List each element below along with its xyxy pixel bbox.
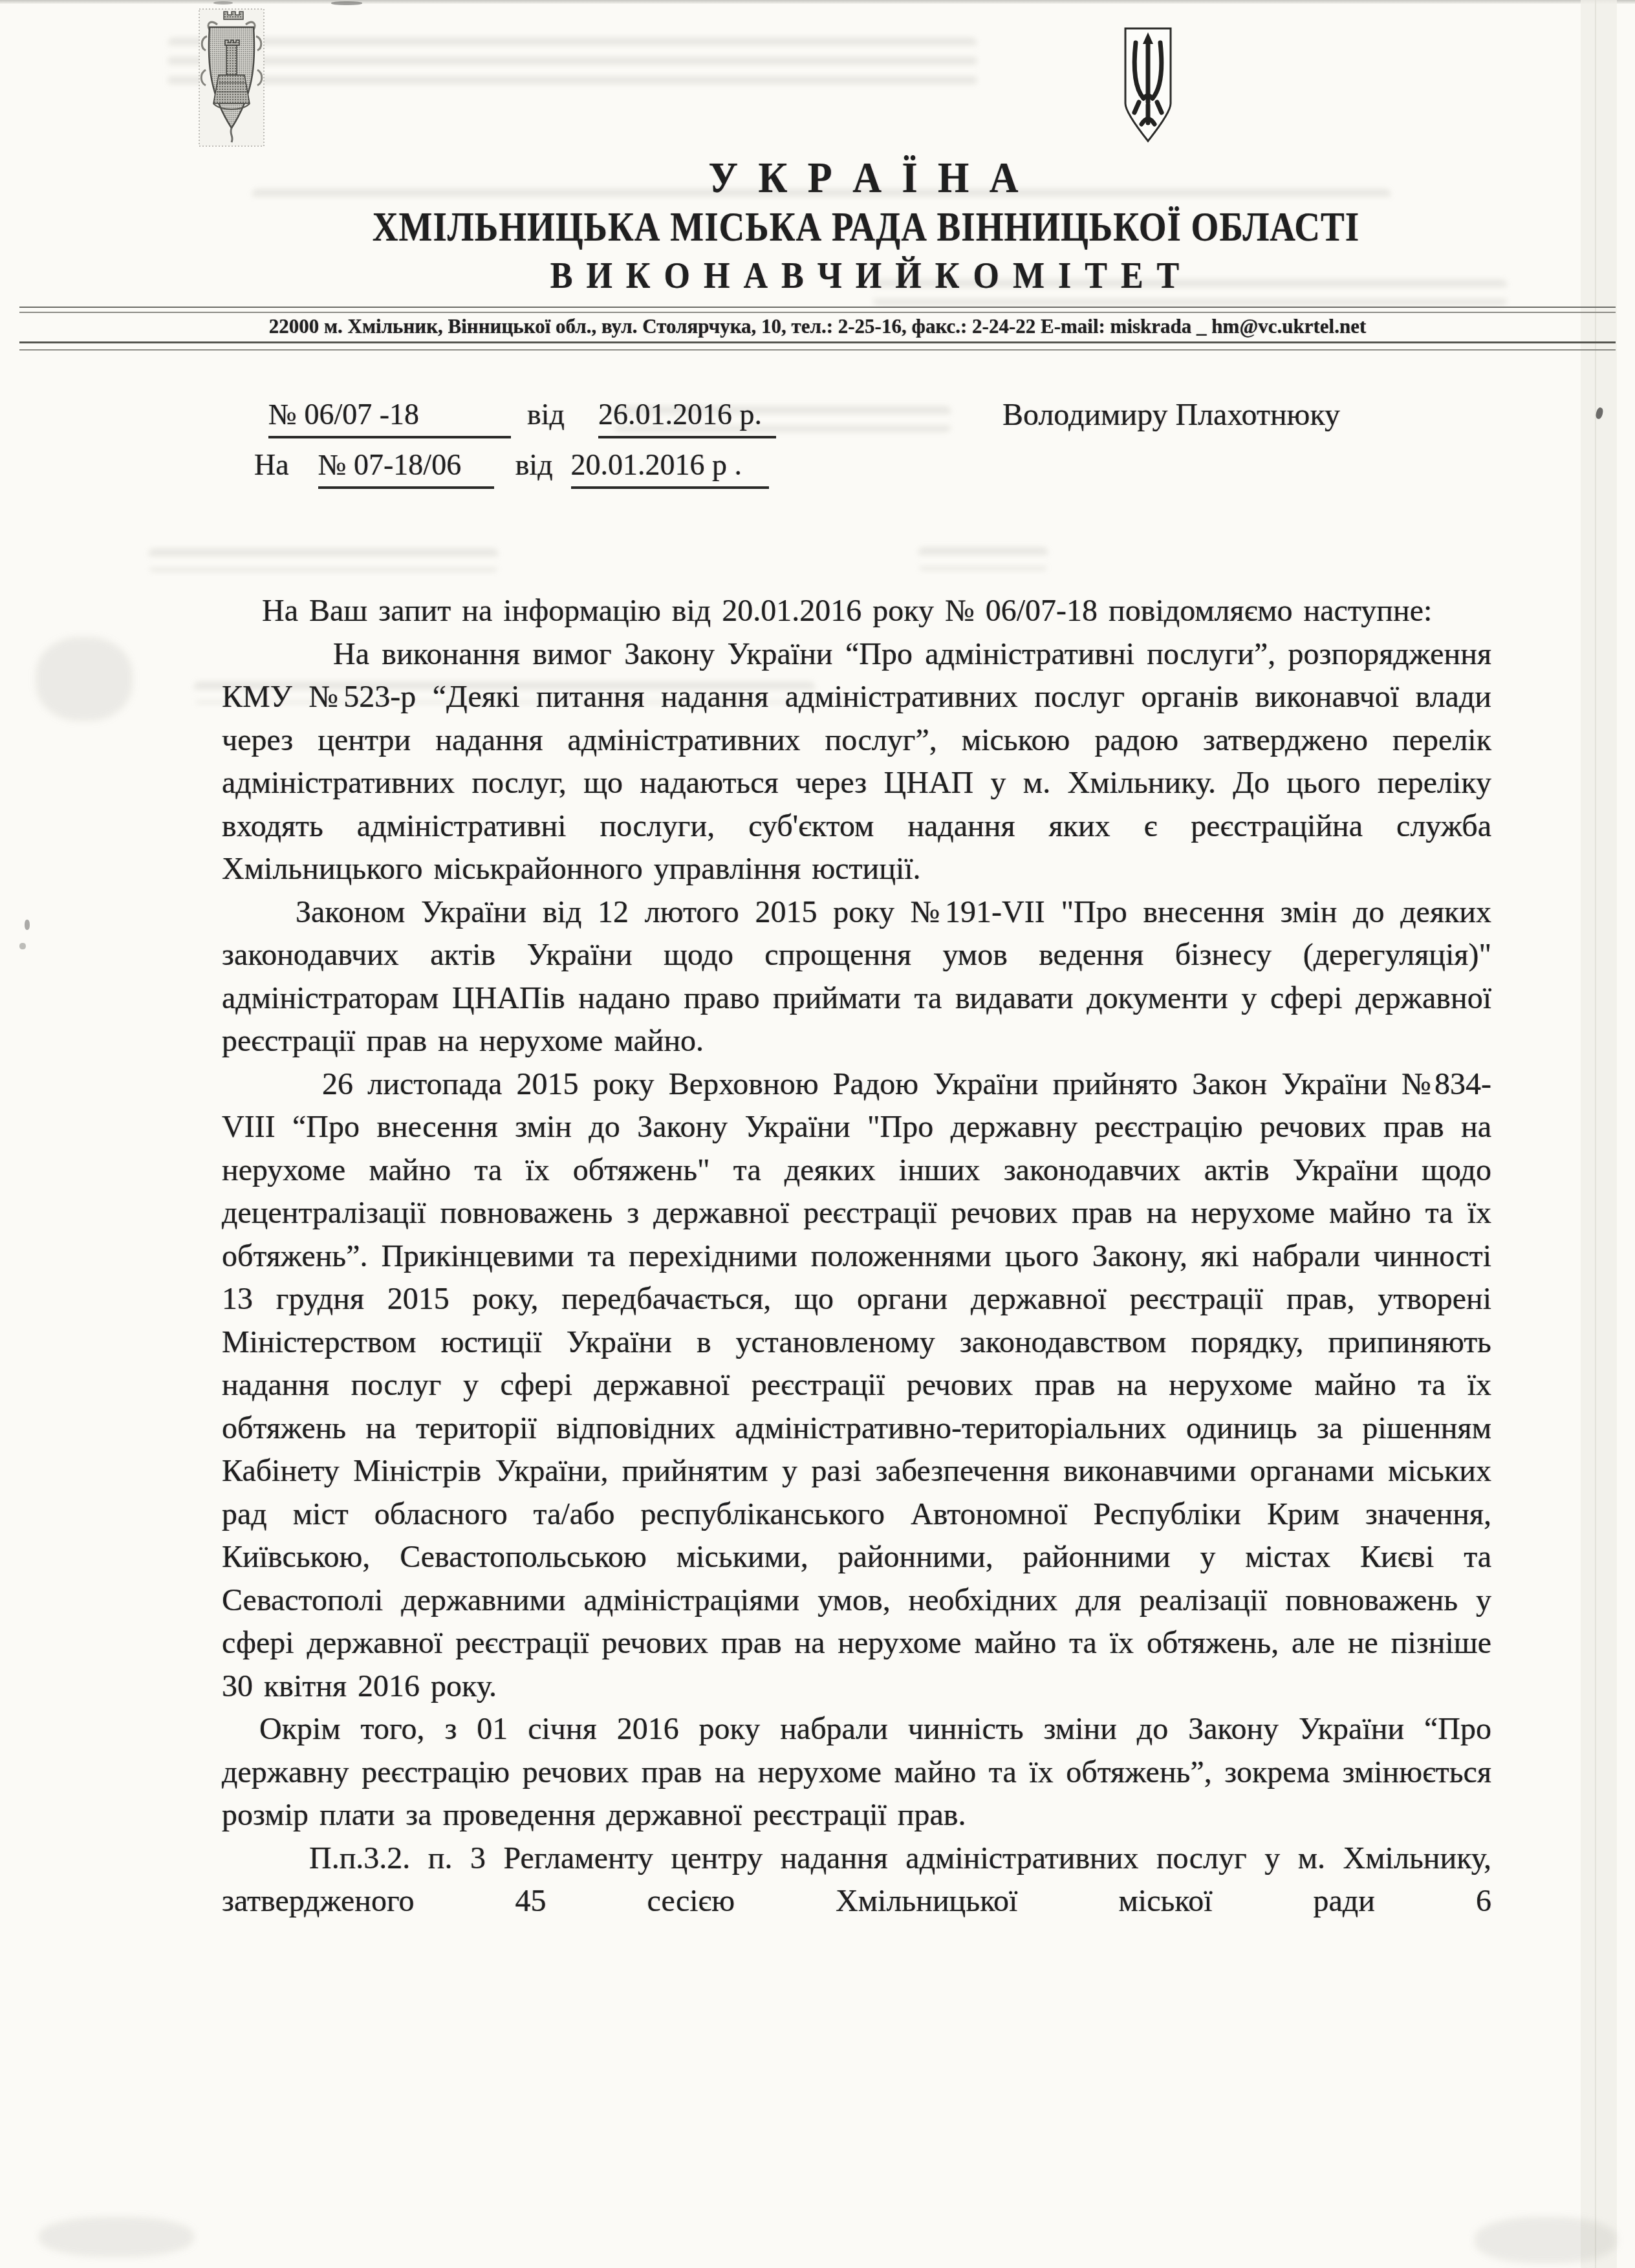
letterhead-council-title: ХМІЛЬНИЦЬКА МІСЬКА РАДА ВІННИЦЬКОЇ ОБЛАС… (0, 203, 1635, 250)
scanner-right-band (1581, 0, 1617, 2268)
reply-prefix: На (254, 448, 289, 481)
bleed-through-artifact (918, 547, 1048, 570)
scanner-right-line (1595, 0, 1596, 2268)
bleed-through-artifact (168, 38, 977, 92)
letter-body: На Ваш запит на інформацію від 20.01.201… (222, 590, 1491, 1923)
scan-smudge (36, 637, 133, 721)
scanner-top-edge (0, 0, 1635, 4)
khmilnyk-city-coat-of-arms-icon (198, 8, 265, 147)
outgoing-number: 06/07 -18 (304, 398, 419, 431)
body-paragraph: На виконання вимог Закону України “Про а… (222, 633, 1491, 891)
outgoing-date: 26.01.2016 р. (598, 396, 776, 438)
ukraine-trident-icon (1121, 26, 1175, 145)
addressee-name: Володимиру Плахотнюку (1002, 397, 1340, 433)
letterhead-committee-title: В И К О Н А В Ч И Й К О М І Т Е Т (0, 255, 1635, 297)
letterhead-rule-bottom-1 (19, 341, 1616, 343)
outgoing-number-field: № 06/07 -18 (268, 396, 511, 438)
body-paragraph: П.п.3.2. п. 3 Регламенту центру надання … (222, 1837, 1491, 1923)
ink-speck (331, 1, 362, 5)
numero-sign: № (318, 448, 347, 481)
letterhead-country-title: У К Р А Ї Н А (0, 154, 1635, 204)
scanned-letter-page: У К Р А Ї Н А ХМІЛЬНИЦЬКА МІСЬКА РАДА ВІ… (0, 0, 1635, 2268)
ink-speck (19, 943, 26, 949)
scan-smudge (39, 2217, 194, 2257)
body-paragraph: 26 листопада 2015 року Верховною Радою У… (222, 1063, 1491, 1709)
letterhead-rule-top-1 (19, 307, 1616, 308)
ink-speck (213, 1, 233, 5)
bleed-through-artifact (149, 548, 498, 572)
letterhead-rule-bottom-2 (19, 349, 1616, 351)
scan-smudge (1475, 2217, 1617, 2263)
ink-speck (25, 920, 30, 930)
incoming-number: 07-18/06 (354, 448, 461, 481)
body-paragraph: Окрім того, з 01 січня 2016 року набрали… (222, 1708, 1491, 1837)
letterhead-rule-top-2 (19, 312, 1616, 313)
body-paragraph: Законом України від 12 лютого 2015 року … (222, 891, 1491, 1063)
incoming-reference-line: На№ 07-18/06від20.01.2016 р . (222, 446, 1515, 489)
letterhead-contact-line: 22000 м. Хмільник, Вінницької обл., вул.… (0, 315, 1635, 338)
numero-sign: № (268, 398, 297, 431)
body-paragraph: На Ваш запит на інформацію від 20.01.201… (222, 590, 1491, 633)
outgoing-date-label: від (527, 398, 565, 431)
reference-block: № 06/07 -18від26.01.2016 р. Володимиру П… (222, 396, 1515, 489)
incoming-date: 20.01.2016 р . (571, 446, 769, 489)
incoming-date-label: від (515, 448, 553, 481)
incoming-number-field: № 07-18/06 (318, 446, 494, 489)
